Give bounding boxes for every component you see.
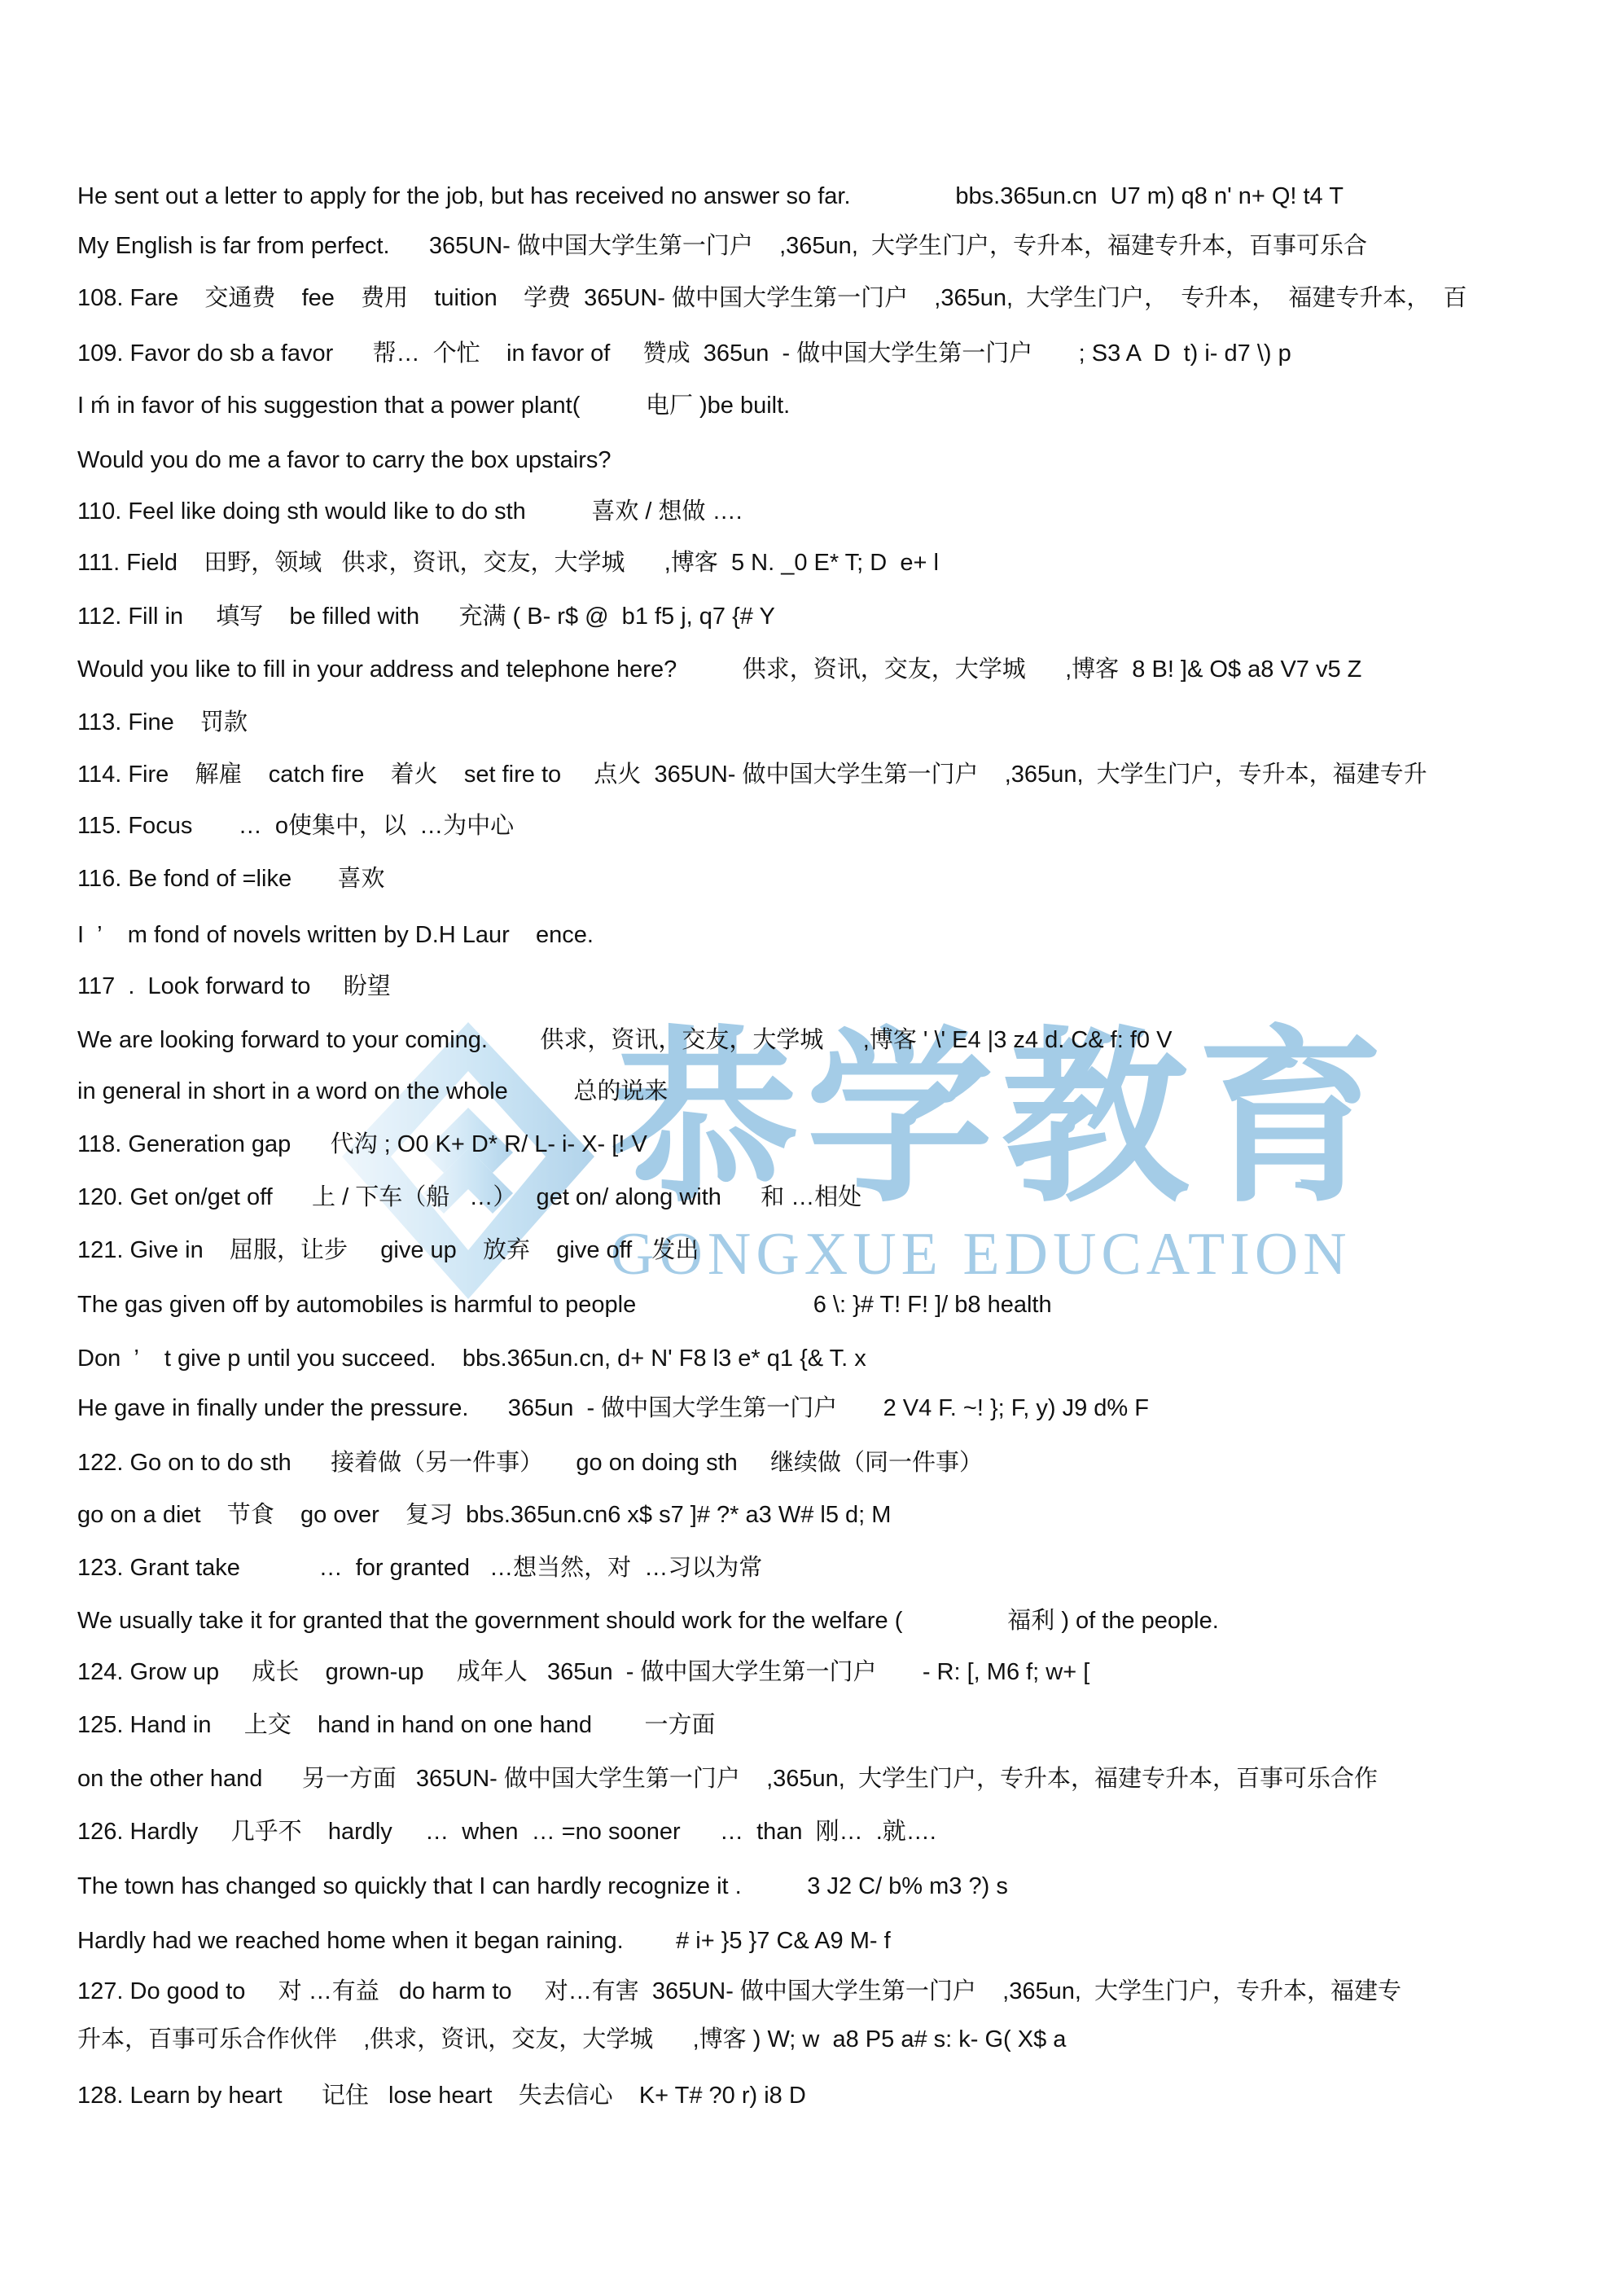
entry-118: 118. Generation gap 代沟 ; O0 K+ D* R/ L- … [77, 1130, 647, 1159]
text-line: on the other hand 另一方面 365UN- 做中国大学生第一门户… [77, 1764, 1378, 1793]
entry-110: 110. Feel like doing sth would like to d… [77, 497, 743, 526]
entry-113: 113. Fine 罚款 [77, 708, 248, 737]
example-line: Don ’ t give p until you succeed. bbs.36… [77, 1344, 866, 1373]
entry-128: 128. Learn by heart 记住 lose heart 失去信心 K… [77, 2081, 806, 2110]
entry-122: 122. Go on to do sth 接着做（另一件事） go on doi… [77, 1448, 983, 1477]
entry-109: 109. Favor do sb a favor 帮… 个忙 in favor … [77, 339, 1291, 368]
entry-120: 120. Get on/get off 上 / 下车（船 …） get on/ … [77, 1183, 861, 1212]
entry-123: 123. Grant take … for granted …想当然，对 …习以… [77, 1553, 762, 1583]
text-line: go on a diet 节食 go over 复习 bbs.365un.cn6… [77, 1500, 891, 1530]
entry-126: 126. Hardly 几乎不 hardly … when … =no soon… [77, 1817, 936, 1846]
example-line: The gas given off by automobiles is harm… [77, 1290, 1052, 1319]
entry-127: 127. Do good to 对 …有益 do harm to 对…有害 36… [77, 1977, 1401, 2006]
entry-125: 125. Hand in 上交 hand in hand on one hand… [77, 1710, 715, 1740]
entry-121: 121. Give in 屈服，让步 give up 放弃 give off 发… [77, 1236, 699, 1265]
entry-115: 115. Focus … o使集中，以 …为中心 [77, 811, 514, 841]
text-line: in general in short in a word on the who… [77, 1077, 668, 1106]
text-line: My English is far from perfect. 365UN- 做… [77, 231, 1367, 261]
entry-112: 112. Fill in 填写 be filled with 充满 ( B- r… [77, 602, 775, 631]
example-line: We usually take it for granted that the … [77, 1606, 1219, 1635]
text-line: 升本，百事可乐合作伙伴 ,供求，资讯，交友，大学城 ,博客 ) W; w a8 … [77, 2025, 1066, 2054]
example-line: Hardly had we reached home when it began… [77, 1926, 891, 1956]
entry-111: 111. Field 田野，领域 供求，资讯，交友，大学城 ,博客 5 N. _… [77, 548, 939, 577]
document-body: He sent out a letter to apply for the jo… [0, 0, 1622, 2296]
text-line: He sent out a letter to apply for the jo… [77, 182, 1344, 211]
example-line: We are looking forward to your coming. 供… [77, 1025, 1172, 1055]
example-line: I ḿ in favor of his suggestion that a po… [77, 391, 790, 420]
example-line: I ’ m fond of novels written by D.H Laur… [77, 920, 594, 950]
document-page: 恭学教育 GONGXUE EDUCATION He sent out a let… [0, 0, 1622, 2296]
example-line: He gave in finally under the pressure. 3… [77, 1394, 1149, 1423]
entry-117: 117 . Look forward to 盼望 [77, 972, 391, 1001]
entry-116: 116. Be fond of =like 喜欢 [77, 864, 384, 893]
entry-108: 108. Fare 交通费 fee 费用 tuition 学费 365UN- 做… [77, 283, 1467, 313]
example-line: Would you like to fill in your address a… [77, 655, 1361, 684]
example-line: The town has changed so quickly that I c… [77, 1872, 1008, 1901]
entry-124: 124. Grow up 成长 grown-up 成年人 365un - 做中国… [77, 1657, 1089, 1687]
example-line: Would you do me a favor to carry the box… [77, 446, 612, 475]
entry-114: 114. Fire 解雇 catch fire 着火 set fire to 点… [77, 760, 1427, 789]
